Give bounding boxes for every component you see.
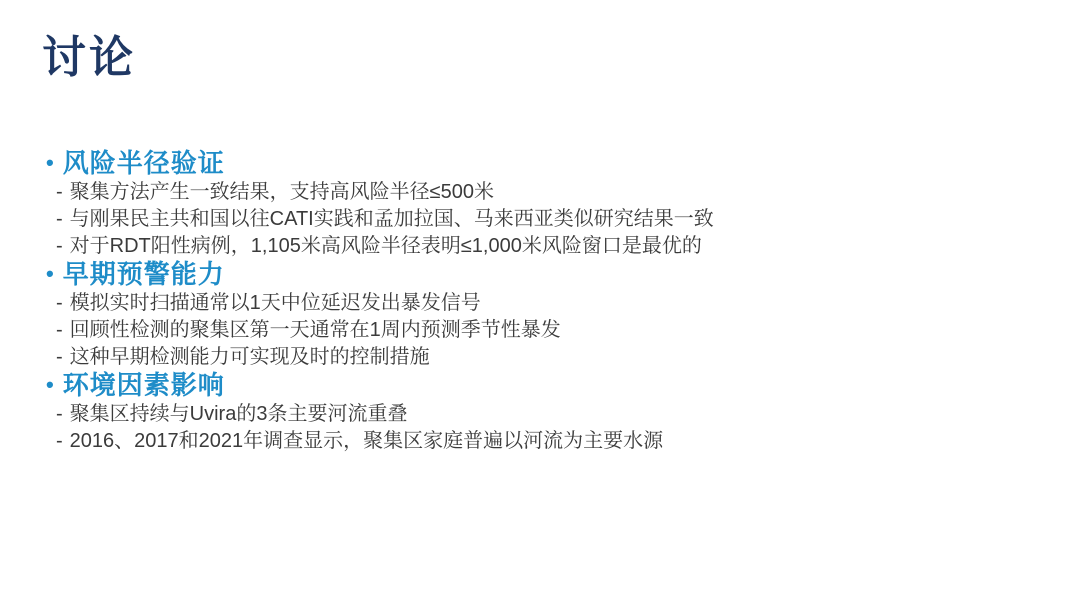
slide-body: • 风险半径验证 - 聚集方法产生一致结果，支持高风险半径≤500米 - 与刚果… [46, 149, 1026, 455]
section-heading-early-warning: • 早期预警能力 [46, 260, 1026, 290]
section-heading-label: 环境因素影响 [63, 371, 225, 400]
list-item-dash: - [56, 317, 63, 344]
list-item-text: 聚集区持续与Uvira的3条主要河流重叠 [70, 401, 408, 428]
section-heading-label: 早期预警能力 [63, 260, 225, 289]
list-item-text: 这种早期检测能力可实现及时的控制措施 [70, 344, 430, 371]
page-title: 讨论 [42, 32, 136, 85]
list-item: - 回顾性检测的聚集区第一天通常在1周内预测季节性暴发 [46, 317, 1026, 344]
list-item-dash: - [56, 290, 63, 317]
list-item-dash: - [56, 179, 63, 206]
bullet-icon: • [46, 148, 54, 177]
list-item: - 2016、2017和2021年调查显示，聚集区家庭普遍以河流为主要水源 [46, 428, 1026, 455]
list-item-text: 模拟实时扫描通常以1天中位延迟发出暴发信号 [70, 290, 481, 317]
list-item-dash: - [56, 206, 63, 233]
section-heading-label: 风险半径验证 [63, 149, 225, 178]
list-item: - 与刚果民主共和国以往CATI实践和孟加拉国、马来西亚类似研究结果一致 [46, 206, 1026, 233]
section-heading-risk-radius: • 风险半径验证 [46, 149, 1026, 179]
list-item-text: 聚集方法产生一致结果，支持高风险半径≤500米 [70, 179, 494, 206]
list-item-dash: - [56, 233, 63, 260]
presentation-slide: 讨论 • 风险半径验证 - 聚集方法产生一致结果，支持高风险半径≤500米 - … [0, 0, 1080, 608]
list-item-text: 与刚果民主共和国以往CATI实践和孟加拉国、马来西亚类似研究结果一致 [70, 206, 714, 233]
list-item-dash: - [56, 344, 63, 371]
list-item: - 聚集方法产生一致结果，支持高风险半径≤500米 [46, 179, 1026, 206]
list-item-dash: - [56, 428, 63, 455]
list-item: - 这种早期检测能力可实现及时的控制措施 [46, 344, 1026, 371]
list-item-dash: - [56, 401, 63, 428]
bullet-icon: • [46, 370, 54, 399]
bullet-icon: • [46, 259, 54, 288]
section-heading-environment: • 环境因素影响 [46, 371, 1026, 401]
list-item: - 模拟实时扫描通常以1天中位延迟发出暴发信号 [46, 290, 1026, 317]
list-item-text: 对于RDT阳性病例，1,105米高风险半径表明≤1,000米风险窗口是最优的 [70, 233, 702, 260]
list-item-text: 2016、2017和2021年调查显示，聚集区家庭普遍以河流为主要水源 [70, 428, 663, 455]
list-item: - 对于RDT阳性病例，1,105米高风险半径表明≤1,000米风险窗口是最优的 [46, 233, 1026, 260]
list-item-text: 回顾性检测的聚集区第一天通常在1周内预测季节性暴发 [70, 317, 561, 344]
list-item: - 聚集区持续与Uvira的3条主要河流重叠 [46, 401, 1026, 428]
